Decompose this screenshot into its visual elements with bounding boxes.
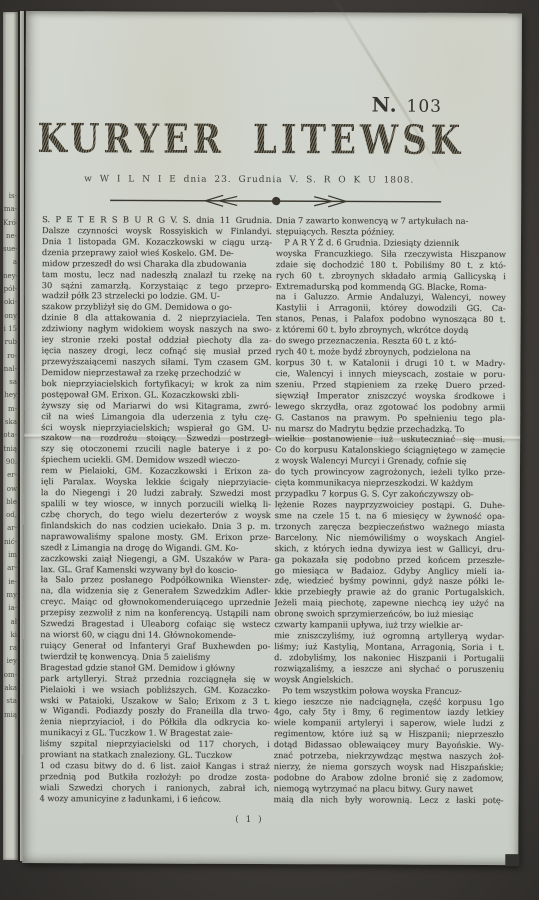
text-line: ia- (3, 602, 17, 615)
text-line: Barcelony. Nic niemówiliśmy o woyskach A… (275, 532, 505, 544)
text-line: Pielaioki i we wsiach pobliższych. GM. K… (40, 684, 270, 696)
text-line: przewyższaiącemi naszych siłami. Tym cza… (41, 356, 271, 368)
text-line: nal- (3, 363, 17, 376)
text-line: G. Castanos na prawym. Po spełnieniu teg… (275, 412, 505, 424)
text-line: m- (3, 403, 17, 416)
text-line: i 15 (3, 323, 17, 336)
text-line: czbę chorych, do tego wielu dezerterów z… (41, 509, 271, 521)
text-line: stępuiących. Reszta późniey. (276, 226, 506, 238)
text-line: ota- (3, 429, 17, 442)
text-line: nić- (3, 536, 17, 549)
text-line: ga pokazała się podobno przed końcem prz… (275, 554, 505, 566)
text-line: ar- (3, 522, 17, 535)
text-line: korpus 30 t. w Katalonii i drugi 10 t. w… (275, 357, 505, 369)
text-line: sue- (3, 243, 17, 256)
text-line: P A R Y Ż d. 6 Grudnia. Dziesiąty dzienn… (276, 237, 506, 249)
right-column: Dnia 7 zawarto konwencyą w 7 artykułach … (274, 215, 507, 806)
text-line: ie- (3, 576, 17, 589)
text-line: hey (3, 389, 17, 402)
text-line: żywszy się od Mariarwi do wsi Kitagrama,… (41, 400, 271, 412)
photo-background: is-ma-Kró-ne-sue-a zu-ney-pół-oki-onyi 1… (0, 0, 539, 900)
text-line: trzonych zaręcza bezpieczeństwo ważnego … (275, 521, 505, 533)
text-line: midow przeszedł do wsi Charaka dla zbudo… (42, 258, 272, 270)
issue-number-value: 103 (407, 97, 443, 117)
text-line: pół- (3, 283, 17, 296)
text-line: tam mostu, lecz nad nadeszłą znalazł tu … (42, 269, 272, 281)
text-line: ney- (3, 270, 17, 283)
text-line: rub (3, 336, 17, 349)
text-line: Demidow nieprzestawał za rzekę przechodz… (41, 367, 271, 379)
article-columns: S. P E T E R S B U R G V. S. dnia 11 Gru… (40, 214, 507, 806)
issue-number-label: N. (372, 93, 398, 117)
text-line: wiali Szwedzi chorych i ranionych, zabra… (40, 782, 270, 794)
text-line: ble (3, 496, 17, 509)
text-line: ar- (3, 562, 17, 575)
text-line: 90. (3, 456, 17, 469)
text-line: cie, Walencyi i innych mieyscach, zostai… (275, 368, 505, 380)
issue-number: N.103 (372, 93, 443, 117)
text-line: Dalsze czynności woysk Rossyiskich w Fin… (42, 225, 272, 237)
text-line: Po tem wszystkim połowa woyska Francuz- (274, 685, 504, 697)
text-line: tnią (3, 443, 17, 456)
page-number: ( 1 ) (39, 814, 459, 826)
text-line: Dnia 1 listopada GM. Kozaczkowski w ciąg… (42, 236, 272, 248)
text-line: ki (3, 629, 17, 642)
text-line: finlandskich do nas codzien uciekało. Dn… (41, 520, 271, 532)
text-line: zaczkowski zaiął Niegengi, a GM. Uszaków… (41, 553, 271, 565)
text-line: szeniu. Przed stąpieniem za rzekę Duero … (275, 379, 505, 391)
text-line: ro- (3, 350, 17, 363)
margin-text-fragments: is-ma-Kró-ne-sue-a zu-ney-pół-oki-onyi 1… (3, 190, 17, 722)
masthead-title: KURYER LITEWSKI (37, 115, 461, 164)
text-line: ow (3, 483, 17, 496)
text-line: Kró- (3, 217, 17, 230)
text-line: 4 wozy amunicyine z ładunkami, i 6 ieńco… (40, 793, 270, 805)
text-line: bok nieprzyiacielskich fortyfikacyi; w k… (41, 378, 271, 390)
text-line: oki- (3, 296, 17, 309)
text-line: Dnia 7 zawarto konwencyą w 7 artykułach … (276, 215, 506, 227)
text-line: my (3, 589, 17, 602)
text-line: woyska Francuzkiego. Siła rzeczywista Hi… (276, 248, 506, 260)
text-line: twierdził tę konwencyą. Dnia 5 zaieliśmy (40, 651, 270, 663)
masthead-wrap: KURYER LITEWSKI (37, 119, 461, 161)
text-line: sta (3, 695, 17, 708)
text-line: woysk Angielskich. (274, 674, 504, 686)
text-line: sa (3, 376, 17, 389)
text-line: im (3, 549, 17, 562)
text-line: zdaie się dochodzić 180 t. Pobiliśmy 80 … (276, 259, 506, 271)
text-line: postępował GM. Erixon. GL. Kozaczkowski … (41, 389, 271, 401)
previous-page-edge: is-ma-Kró-ne-sue-a zu-ney-pół-oki-onyi 1… (3, 12, 18, 860)
text-line: cił na wieś Limangoia dla uderzenia z ty… (41, 411, 271, 423)
text-line: ne- (3, 230, 17, 243)
text-line: skich, z których iedna dywizya iest w Ga… (275, 543, 505, 555)
text-line: naprawowaliśmy spalone mosty. GM. Erixon… (41, 531, 271, 543)
text-line: lężenie Rozes nayprzyzwoiciey postąpi. G… (275, 499, 505, 511)
text-line: liśmy; iuż Kastylią, Montana, Arragonią,… (274, 641, 504, 653)
text-line: S. P E T E R S B U R G V. S. dnia 11 Gru… (42, 214, 272, 226)
text-line: ony (3, 310, 17, 323)
dateline: w W I L N I E dnia 23. Grudnia V. S. R O… (37, 174, 461, 186)
text-line: niemogą wytrzymać na placu bitwy. Gury n… (274, 783, 504, 795)
text-line: spalili w tey wiosce, w innych porzucili… (41, 498, 271, 510)
torn-corner (505, 854, 519, 866)
text-line: od, (3, 509, 17, 522)
text-line: ał (3, 616, 17, 629)
text-line: is- (3, 190, 17, 203)
text-line: sięwziął Imperator zniszczyć woyska środ… (275, 390, 505, 402)
text-line: a zu- (3, 256, 17, 269)
text-line: rych 60 t. zbroynych składało armią Gall… (276, 270, 506, 282)
text-line: lewego skrzydła, oraz zgotować los podob… (275, 401, 505, 413)
text-line: ruiący Generał od Infanteryi Graf Buxhew… (40, 640, 270, 652)
text-line: dzenia przeprawy zaioł wieś Koskelo. GM.… (42, 247, 272, 259)
text-line: maią dla nich były worownią. Lecz z łask… (274, 794, 504, 806)
text-line: ska (3, 416, 17, 429)
text-line: park artylleryi. Straż przednia rozciągn… (40, 673, 270, 685)
text-line: szedł z Limangia na drogę do Wigandi. GM… (41, 542, 271, 554)
text-line: aka (3, 682, 17, 695)
text-line: er- (3, 469, 17, 482)
divider-ornament (108, 191, 443, 210)
text-line: rozwiązaliśmy, a ieszcze ani słychać o p… (274, 663, 504, 675)
text-line: sme na czele 15 t. na 6 miesięcy w żywno… (275, 510, 505, 522)
text-line: mią (3, 709, 17, 722)
text-line: iey (3, 655, 17, 668)
text-line: Bragestad gdzie stanoł GM. Demidow i głó… (40, 662, 270, 674)
text-line: ma- (3, 203, 17, 216)
newspaper-page: N.103 KURYER LITEWSKI w W I L N I E dnia… (22, 11, 522, 865)
text-line: d. zdobyliśmy, los nakoniec Hiszpanii i … (274, 652, 504, 664)
text-line: ra (3, 642, 17, 655)
left-column: S. P E T E R S B U R G V. S. dnia 11 Gru… (40, 214, 273, 805)
text-line: om- (3, 669, 17, 682)
